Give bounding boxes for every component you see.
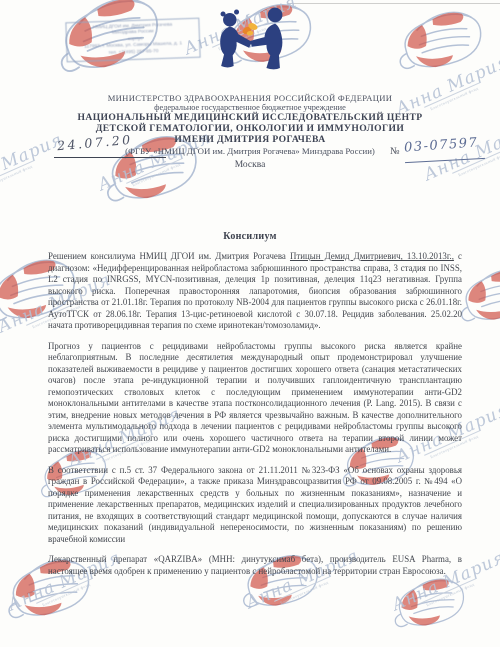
paragraph-diagnosis: Решением консилиума НМИЦ ДГОИ им. Дмитри… [48, 251, 462, 332]
paragraph-prognosis: Прогноз у пациентов с рецидивами нейробл… [48, 341, 462, 456]
number-sign-label: № [390, 146, 400, 157]
ministry-line: МИНИСТЕРСТВО ЗДРАВООХРАНЕНИЯ РОССИЙСКОЙ … [0, 93, 500, 103]
paragraph-legal-basis: В соответствии с п.5 ст. 37 Федерального… [48, 465, 462, 546]
watermark-teapot-icon [391, 0, 490, 77]
p1-lead: Решением консилиума НМИЦ ДГОИ им. Дмитри… [48, 251, 290, 261]
patient-name-underlined: Птицын Демид Дмитриевич, 13.10.2013г., [290, 251, 454, 261]
document-body: Решением консилиума НМИЦ ДГОИ им. Дмитри… [48, 251, 462, 586]
document-title: Консилиум [0, 231, 500, 242]
rogachev-center-children-logo-icon [198, 5, 304, 75]
center-name-line1: НАЦИОНАЛЬНЫЙ МЕДИЦИНСКИЙ ИССЛЕДОВАТЕЛЬСК… [0, 112, 500, 123]
org-type-line: федеральное государственное бюджетное уч… [0, 103, 500, 112]
butterfly-icon [241, 22, 258, 36]
scan-edge-line [288, 3, 500, 4]
date-underline [54, 157, 166, 158]
center-name-line2: ДЕТСКОЙ ГЕМАТОЛОГИИ, ОНКОЛОГИИ И ИММУНОЛ… [0, 123, 500, 134]
scanned-document-page: Анна МарияБлаготворительный фондАнна Мар… [0, 0, 500, 647]
received-stamp: НМИЦ ДГОИ им. Дмитрия Рогачева Минздрава… [65, 18, 200, 63]
paragraph-drug: Лекарственный препарат «QARZIBA» (МНН: д… [48, 554, 462, 577]
p1-rest: с диагнозом: «Недифференцированная нейро… [48, 251, 462, 330]
